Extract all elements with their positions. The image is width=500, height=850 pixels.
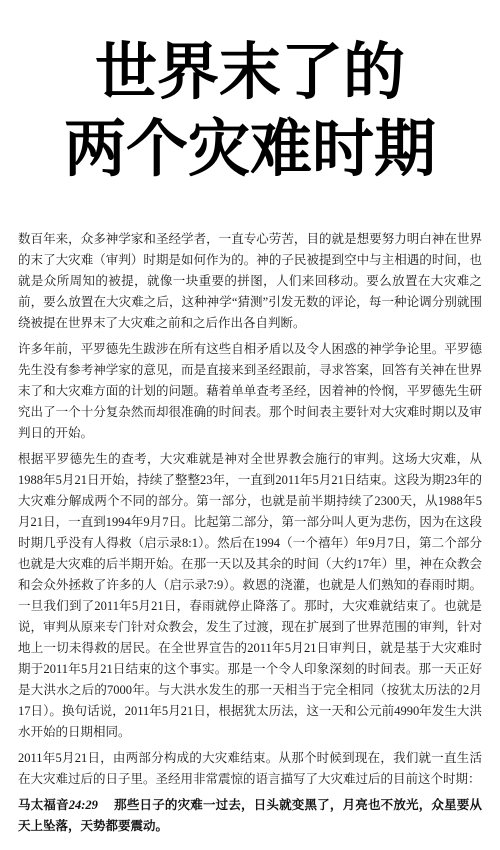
body-paragraph-2: 许多年前，平罗德先生跋涉在所有这些自相矛盾以及令人困惑的神学争论里。平罗德先生没… [18, 339, 482, 444]
scripture-quote-matthew-24-29: 马太福音24:29那些日子的灾难一过去，日头就变黑了，月亮也不放光，众星要从天上… [18, 795, 482, 837]
page-title: 世界末了的 两个灾难时期 [0, 34, 500, 188]
document-page: 世界末了的 两个灾难时期 数百年来，众多神学家和圣经学者，一直专心劳苦，目的就是… [0, 0, 500, 850]
document-body: 数百年来，众多神学家和圣经学者，一直专心劳苦，目的就是想要努力明白神在世界的末了… [0, 188, 500, 837]
page-title-line-2: 两个灾难时期 [64, 115, 436, 184]
body-paragraph-1: 数百年来，众多神学家和圣经学者，一直专心劳苦，目的就是想要努力明白神在世界的末了… [18, 229, 482, 334]
body-paragraph-4: 2011年5月21日，由两部分构成的大灾难结束。从那个时候到现在，我们就一直生活… [18, 748, 482, 790]
scripture-book-label: 马太福音 [18, 798, 69, 812]
page-title-line-1: 世界末了的 [95, 38, 405, 107]
scripture-verse-number: 24:29 [69, 798, 98, 812]
body-paragraph-3: 根据平罗德先生的查考，大灾难就是神对全世界教会施行的审判。这场大灾难，从1988… [18, 449, 482, 743]
